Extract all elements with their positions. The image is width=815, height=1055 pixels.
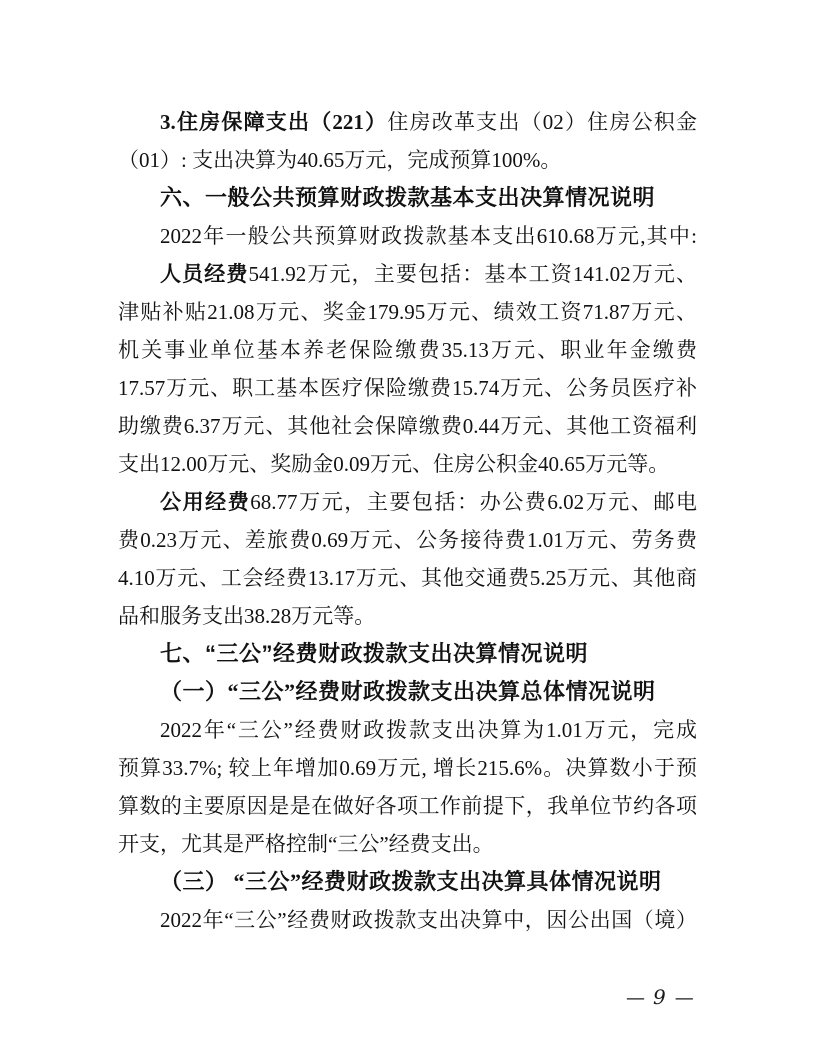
text-run: （三） “三公”经费财政拨款支出决算具体情况说明 — [160, 869, 662, 894]
text-run: 预算33.7%; 较上年增加0.69万元, 增长215.6%。决算数小于预 — [118, 756, 697, 780]
text-line: 品和服务支出38.28万元等。 — [118, 597, 697, 635]
text-line: 算数的主要原因是是在做好各项工作前提下，我单位节约各项 — [118, 787, 697, 825]
text-line: 预算33.7%; 较上年增加0.69万元, 增长215.6%。决算数小于预 — [118, 749, 697, 787]
text-run: 人员经费 — [160, 262, 249, 286]
text-run: 机关事业单位基本养老保险缴费35.13万元、职业年金缴费 — [118, 338, 697, 362]
page-number: 9 — [653, 985, 666, 1009]
text-line: 17.57万元、职工基本医疗保险缴费15.74万元、公务员医疗补 — [118, 369, 697, 407]
page-footer: — 9 — — [626, 986, 693, 1010]
text-run: 2022年“三公”经费财政拨款支出决算为1.01万元，完成 — [160, 718, 697, 742]
text-line: 3.住房保障支出（221）住房改革支出（02）住房公积金 — [118, 103, 697, 141]
text-run: 住房改革支出（02）住房公积金 — [387, 110, 697, 134]
footer-right-dash: — — [675, 987, 693, 1009]
text-run: （01）: 支出决算为40.65万元，完成预算100%。 — [118, 148, 561, 172]
text-line: 人员经费541.92万元，主要包括：基本工资141.02万元、 — [118, 255, 697, 293]
text-run: 七、“三公”经费财政拨款支出决算情况说明 — [160, 641, 588, 666]
text-line: 公用经费68.77万元，主要包括：办公费6.02万元、邮电 — [118, 483, 697, 521]
text-line: 助缴费6.37万元、其他社会保障缴费0.44万元、其他工资福利 — [118, 407, 697, 445]
text-line: 2022年一般公共预算财政拨款基本支出610.68万元,其中: — [118, 217, 697, 255]
text-run: 支出12.00万元、奖励金0.09万元、住房公积金40.65万元等。 — [118, 452, 669, 476]
text-line: 开支，尤其是严格控制“三公”经费支出。 — [118, 825, 697, 863]
text-run: 3.住房保障支出（221） — [160, 110, 387, 134]
text-run: 公用经费 — [160, 490, 250, 514]
text-line: 4.10万元、工会经费13.17万元、其他交通费5.25万元、其他商 — [118, 559, 697, 597]
text-run: 4.10万元、工会经费13.17万元、其他交通费5.25万元、其他商 — [118, 566, 697, 590]
text-run: 68.77万元，主要包括：办公费6.02万元、邮电 — [250, 490, 697, 514]
text-run: 541.92万元，主要包括：基本工资141.02万元、 — [249, 262, 698, 286]
section-heading: （三） “三公”经费财政拨款支出决算具体情况说明 — [118, 863, 697, 901]
section-heading: 七、“三公”经费财政拨款支出决算情况说明 — [118, 635, 697, 673]
footer-left-dash: — — [626, 987, 644, 1009]
text-line: 2022年“三公”经费财政拨款支出决算为1.01万元，完成 — [118, 711, 697, 749]
text-run: 助缴费6.37万元、其他社会保障缴费0.44万元、其他工资福利 — [118, 414, 697, 438]
text-run: 费0.23万元、差旅费0.69万元、公务接待费1.01万元、劳务费 — [118, 528, 697, 552]
document-body: 3.住房保障支出（221）住房改革支出（02）住房公积金（01）: 支出决算为4… — [118, 103, 697, 939]
text-run: 开支，尤其是严格控制“三公”经费支出。 — [118, 832, 494, 856]
section-heading: 六、一般公共预算财政拨款基本支出决算情况说明 — [118, 179, 697, 217]
text-line: 费0.23万元、差旅费0.69万元、公务接待费1.01万元、劳务费 — [118, 521, 697, 559]
text-run: 六、一般公共预算财政拨款基本支出决算情况说明 — [160, 185, 655, 210]
text-run: 2022年“三公”经费财政拨款支出决算中，因公出国（境） — [160, 908, 697, 932]
text-run: 津贴补贴21.08万元、奖金179.95万元、绩效工资71.87万元、 — [118, 300, 697, 324]
text-line: 机关事业单位基本养老保险缴费35.13万元、职业年金缴费 — [118, 331, 697, 369]
text-line: 津贴补贴21.08万元、奖金179.95万元、绩效工资71.87万元、 — [118, 293, 697, 331]
text-run: 品和服务支出38.28万元等。 — [118, 604, 375, 628]
text-run: 算数的主要原因是是在做好各项工作前提下，我单位节约各项 — [118, 794, 697, 818]
text-run: 17.57万元、职工基本医疗保险缴费15.74万元、公务员医疗补 — [118, 376, 697, 400]
text-line: 支出12.00万元、奖励金0.09万元、住房公积金40.65万元等。 — [118, 445, 697, 483]
text-run: 2022年一般公共预算财政拨款基本支出610.68万元,其中: — [160, 224, 697, 248]
text-line: 2022年“三公”经费财政拨款支出决算中，因公出国（境） — [118, 901, 697, 939]
text-run: （一）“三公”经费财政拨款支出决算总体情况说明 — [160, 679, 656, 704]
document-page: 3.住房保障支出（221）住房改革支出（02）住房公积金（01）: 支出决算为4… — [0, 0, 815, 1055]
section-heading: （一）“三公”经费财政拨款支出决算总体情况说明 — [118, 673, 697, 711]
text-line: （01）: 支出决算为40.65万元，完成预算100%。 — [118, 141, 697, 179]
